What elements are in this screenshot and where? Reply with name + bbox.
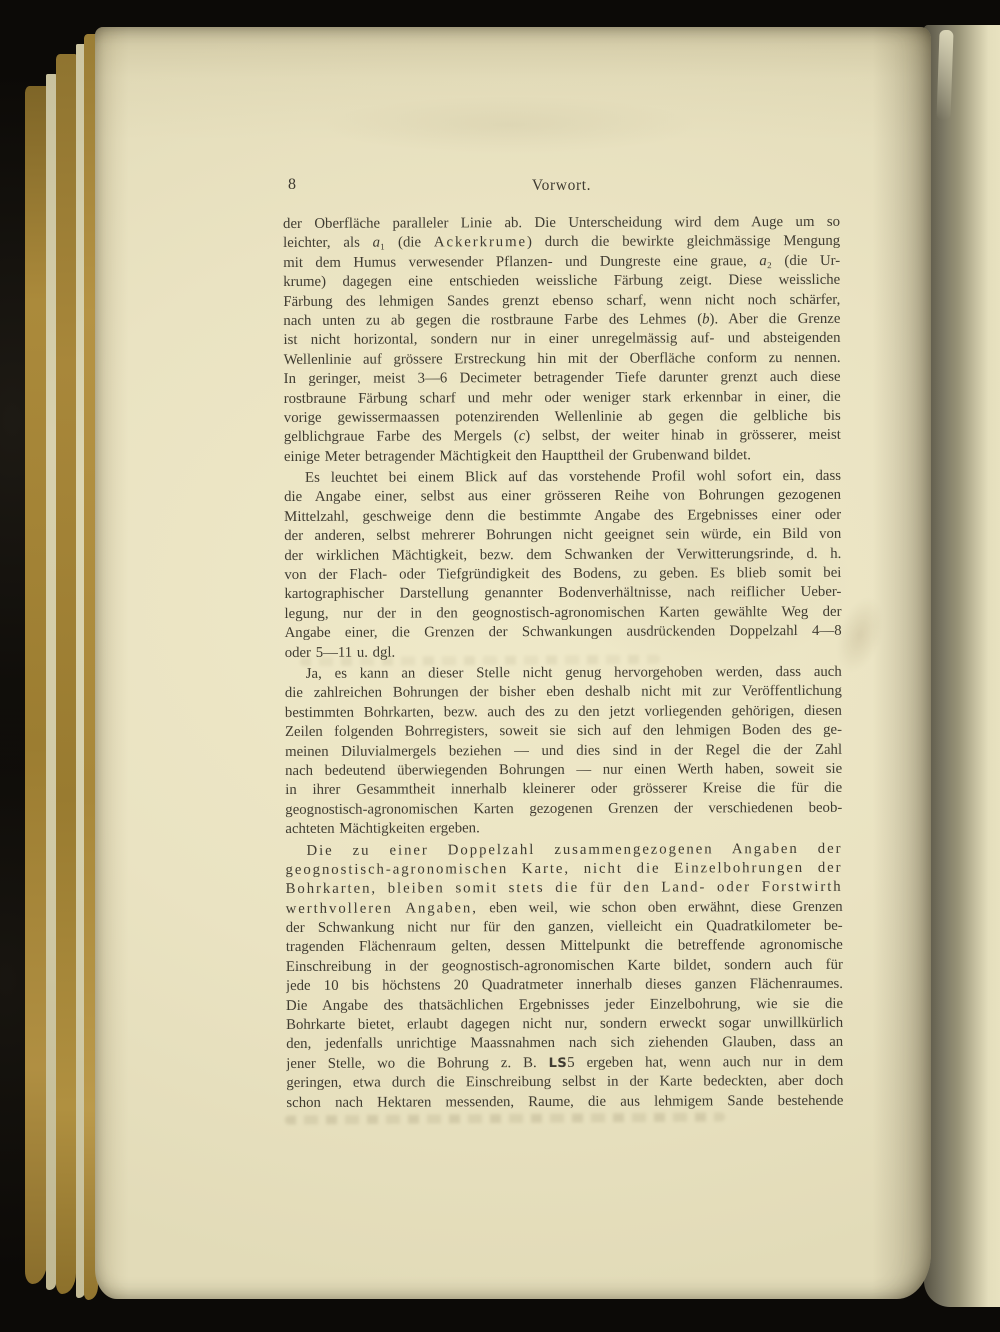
- text-line: kartographischer Darstellung genannter B…: [284, 583, 841, 605]
- text-line: die Angabe einer, selbst aus einer gröss…: [284, 486, 841, 508]
- text-line: ist nicht horizontal, sondern nur in ein…: [283, 329, 840, 351]
- running-title: Vorwort.: [283, 177, 840, 195]
- text-line: der Schwankung nicht nur für den ganzen,…: [286, 917, 843, 939]
- text-line: tragenden Flächenraum gelten, dessen Mit…: [286, 936, 843, 958]
- text-line: rostbraune Färbung scharf und mehr oder …: [284, 387, 841, 409]
- paragraph: Ja, es kann an dieser Stelle nicht genug…: [285, 663, 843, 840]
- text-line: In geringer, meist 3—6 Decimeter betrage…: [284, 368, 841, 390]
- text-line: gelblichgraue Farbe des Mergels (c) selb…: [284, 426, 841, 448]
- paragraph: Die zu einer Doppelzahl zusammengezogene…: [285, 839, 843, 1113]
- text-line: werthvolleren Angaben, eben weil, wie sc…: [286, 898, 843, 920]
- text-line: nach unten zu ab gegen die rostbraune Fa…: [283, 310, 840, 332]
- text-line: Angabe einer, die Grenzen der Schwankung…: [285, 622, 842, 644]
- text-line: Färbung des lehmigen Sandes grenzt ebens…: [283, 290, 840, 312]
- text-line: jener Stelle, wo die Bohrung z. B. LS5 e…: [286, 1053, 843, 1075]
- text-line: Bohrkarten, bleiben somit stets die für …: [286, 878, 843, 900]
- text-line: nach bedeutend überwiegenden Bohrungen —…: [285, 760, 842, 782]
- text-line: Wellenlinie auf grössere Erstreckung hin…: [284, 349, 841, 371]
- text-line: den, jedenfalls unrichtige Maassnahmen n…: [286, 1033, 843, 1055]
- text-line: achteten Mächtigkeiten ergeben.: [285, 818, 842, 840]
- text-line: geognostisch-agronomischen Karte, nicht …: [285, 859, 842, 881]
- text-line: der wirklichen Mächtigkeit, bezw. dem Sc…: [284, 544, 841, 566]
- paragraph: der Oberfläche paralleler Linie ab. Die …: [283, 213, 841, 467]
- text-line: einige Meter betragender Mächtigkeit den…: [284, 446, 841, 468]
- text-line: schon nach Hektaren messenden, Raume, di…: [286, 1091, 843, 1113]
- text-line: Es leuchtet bei einem Blick auf das vors…: [284, 467, 841, 489]
- text-line: Mittelzahl, geschweige denn die bestimmt…: [284, 506, 841, 528]
- text-line: von der Flach- oder Tiefgründigkeit des …: [284, 564, 841, 586]
- text-line: die zahlreichen Bohrungen der bisher ebe…: [285, 682, 842, 704]
- text-line: krume) dagegen eine entschieden weisslic…: [283, 271, 840, 293]
- text-line: Die Angabe des thatsächlichen Ergebnisse…: [286, 994, 843, 1016]
- text-line: der Oberfläche paralleler Linie ab. Die …: [283, 213, 840, 235]
- text-line: geognostisch-agronomischen Karten gezoge…: [285, 799, 842, 821]
- text-line: jede 10 bis höchstens 20 Quadratmeter in…: [286, 975, 843, 997]
- text-line: geringen, etwa durch die Einschreibung s…: [286, 1072, 843, 1094]
- text-line: Ja, es kann an dieser Stelle nicht genug…: [285, 663, 842, 685]
- text-line: bestimmten Bohrkarten, bezw. auch des zu…: [285, 702, 842, 724]
- text-line: der anderen, selbst mehrerer Bohrungen n…: [284, 525, 841, 547]
- text-line: legung, nur der in den geognostisch-agro…: [284, 603, 841, 625]
- facing-page: [924, 25, 1000, 1307]
- text-line: in ihrer Gesammtheit innerhalb kleinerer…: [285, 779, 842, 801]
- text-line: leichter, als a₁ (die Ackerkrume) durch …: [283, 232, 840, 254]
- text-line: Bohrkarte bietet, erlaubt dagegen nicht …: [286, 1014, 843, 1036]
- text-line: vorige gewissermaassen potenzirenden Wel…: [284, 407, 841, 429]
- text-line: Zeilen folgenden Bohrregisters, soweit s…: [285, 721, 842, 743]
- page-edge-strip: [56, 54, 76, 1294]
- paragraph: Es leuchtet bei einem Blick auf das vors…: [284, 467, 842, 663]
- page-header: 8 Vorwort.: [283, 176, 840, 198]
- page-edge-strip: [25, 86, 47, 1284]
- page-edge-strip: [46, 74, 56, 1290]
- text-line: mit dem Humus verwesender Pflanzen- und …: [283, 252, 840, 274]
- text-line: Die zu einer Doppelzahl zusammengezogene…: [285, 839, 842, 861]
- text-line: Einschreibung in der geognostisch-agrono…: [286, 956, 843, 978]
- text-line: meinen Diluvialmergels beziehen — und di…: [285, 740, 842, 762]
